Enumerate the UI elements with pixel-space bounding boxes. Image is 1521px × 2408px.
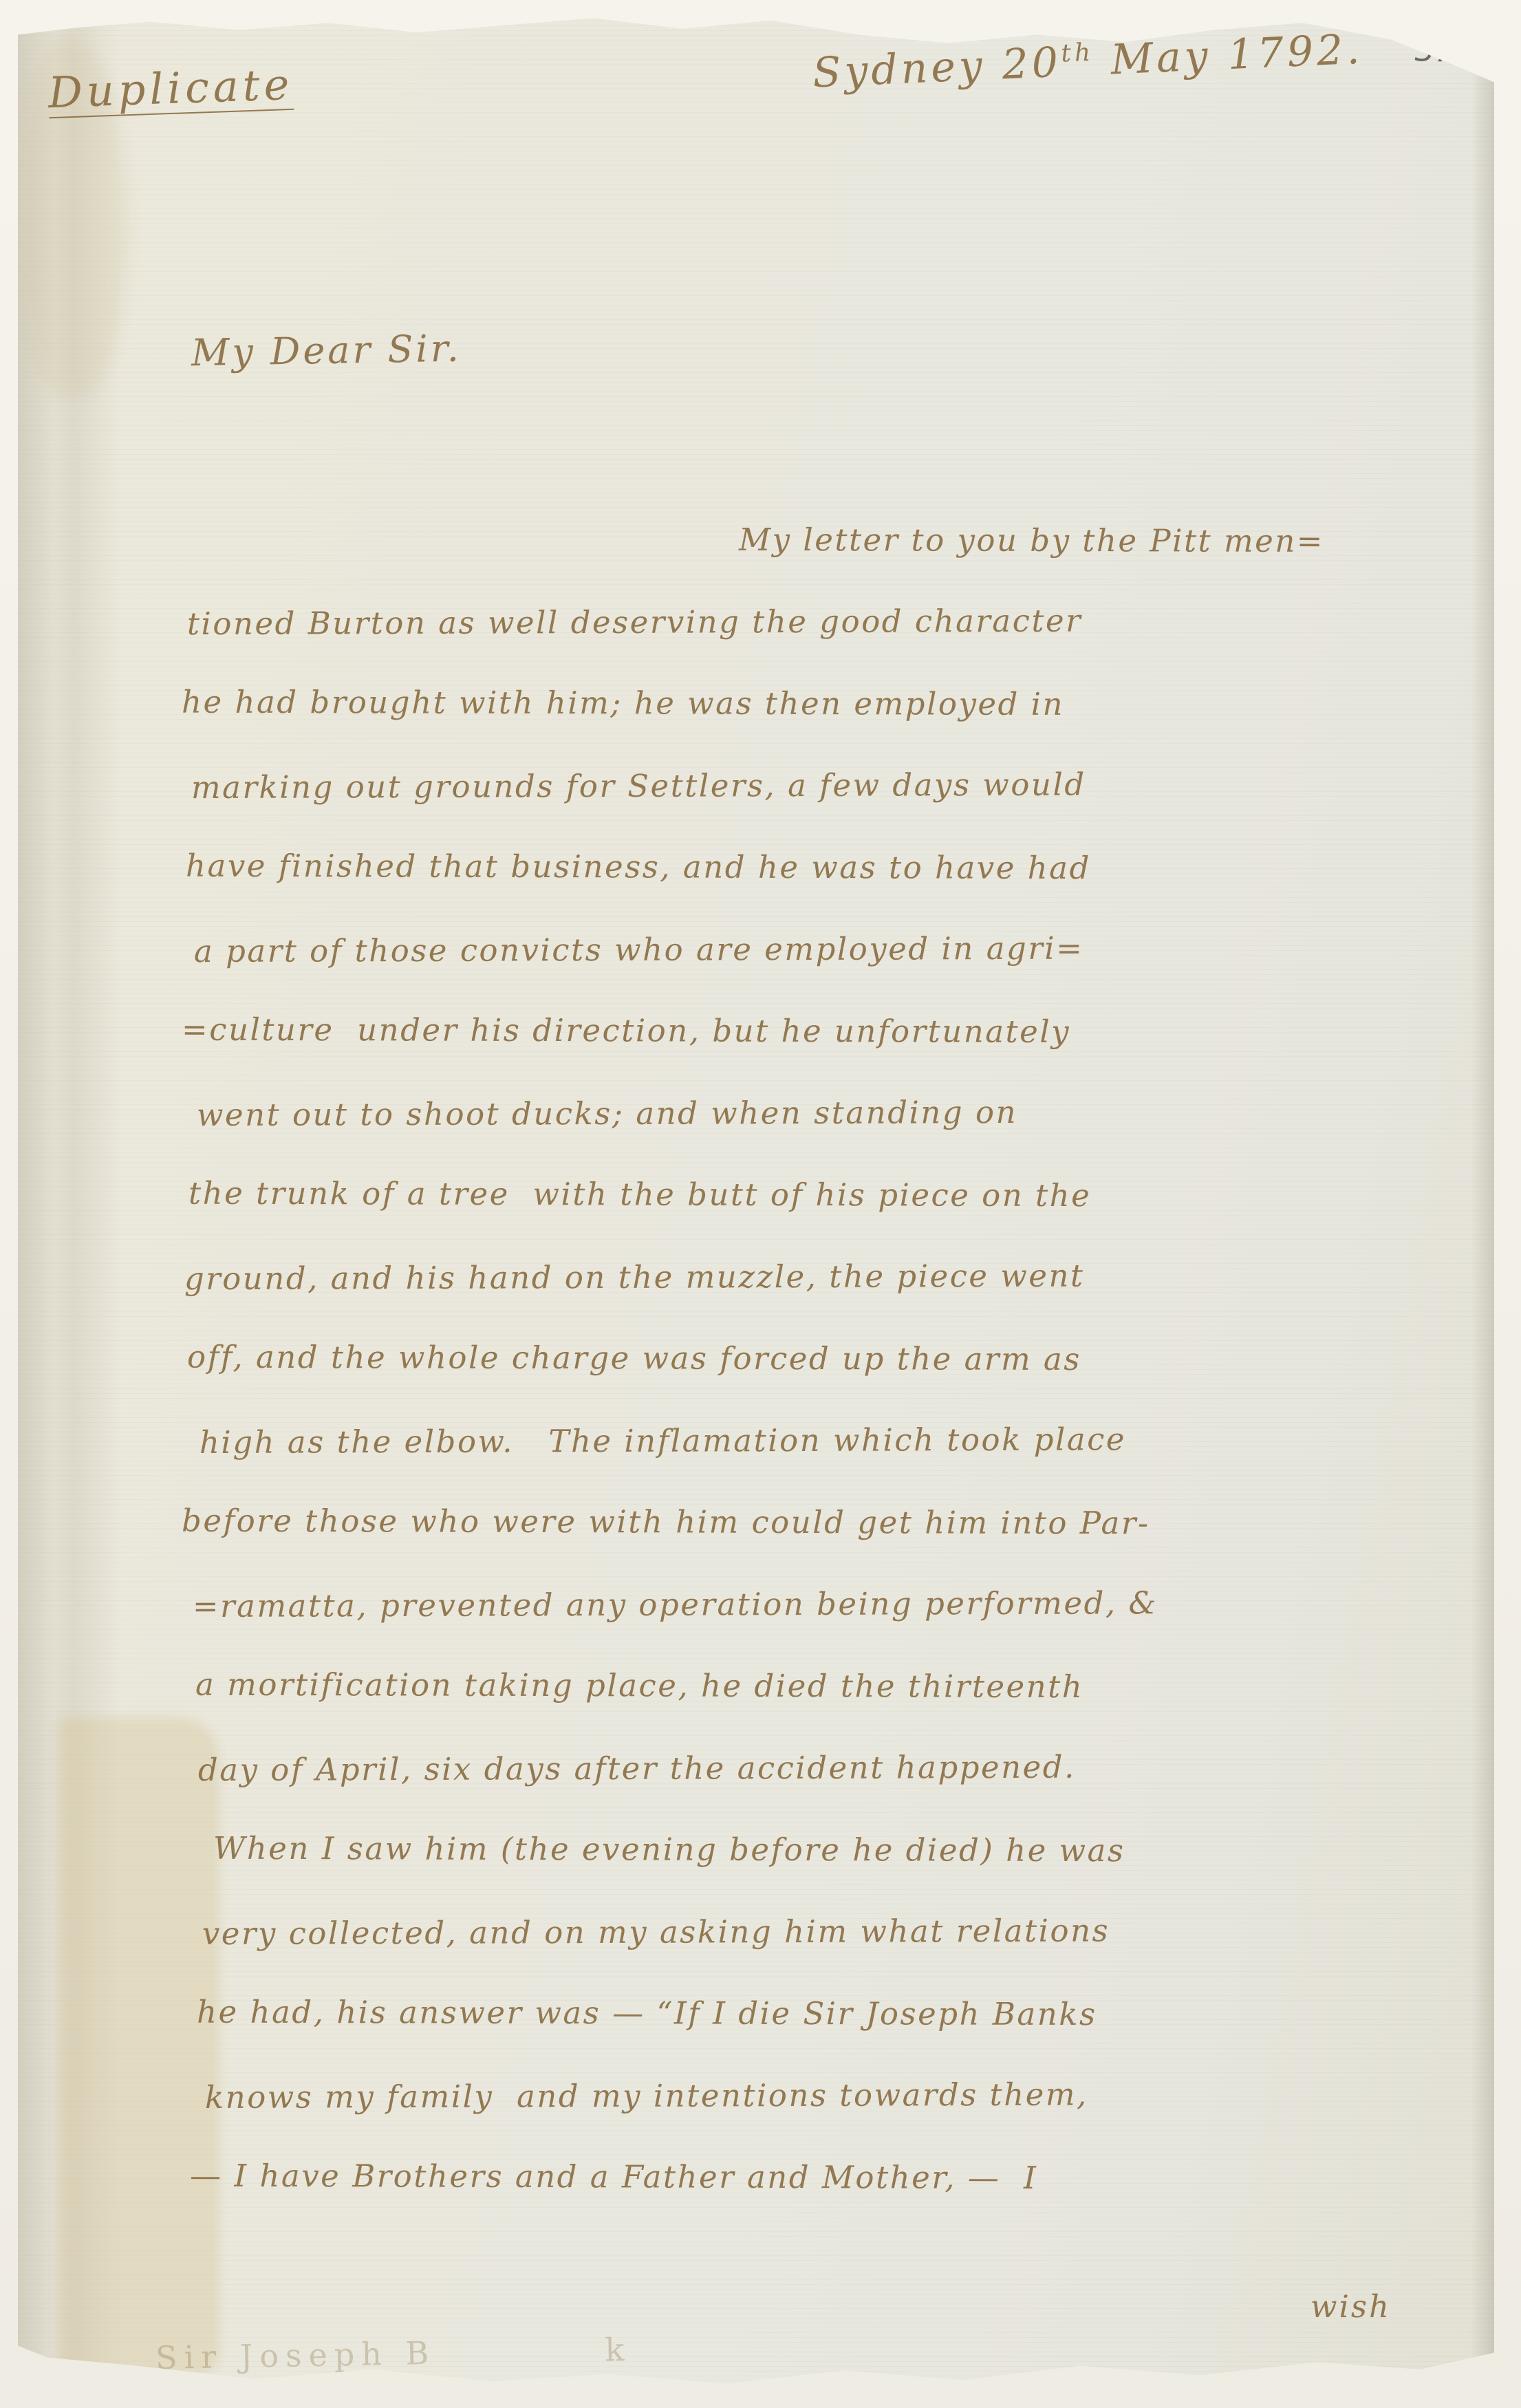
catchword: wish — [1310, 2288, 1391, 2325]
duplicate-annotation: Duplicate — [47, 59, 294, 118]
dateline-ordinal: th — [1061, 39, 1094, 68]
letter-line: a mortification taking place, he died th… — [182, 1666, 1420, 1752]
letter-line: knows my family and my intentions toward… — [182, 2075, 1420, 2161]
letter-line: off, and the whole charge was forced up … — [182, 1339, 1420, 1424]
letter-line: marking out grounds for Settlers, a few … — [182, 765, 1420, 851]
letter-line: =culture under his direction, but he unf… — [182, 1011, 1420, 1097]
letter-line: day of April, six days after the acciden… — [182, 1748, 1420, 1834]
letter-line: before those who were with him could get… — [182, 1503, 1420, 1588]
letter-line: have finished that business, and he was … — [182, 848, 1420, 933]
letter-line: he had brought with him; he was then emp… — [182, 684, 1420, 769]
letter-line: he had, his answer was — “If I die Sir J… — [182, 1994, 1420, 2079]
letter-line: the trunk of a tree with the butt of his… — [182, 1175, 1420, 1260]
paper-fold-crease — [18, 11, 121, 2386]
letter-line: high as the elbow. The inflamation which… — [182, 1420, 1420, 1506]
letter-line: went out to shoot ducks; and when standi… — [182, 1093, 1420, 1179]
letter-line: ground, and his hand on the muzzle, the … — [182, 1256, 1420, 1342]
letter-line: When I saw him (the evening before he di… — [182, 1830, 1420, 1915]
letter-line: tioned Burton as well deserving the good… — [182, 601, 1420, 687]
letter-body: My letter to you by the Pitt men= tioned… — [182, 522, 1420, 2241]
letter-line: =ramatta, prevented any operation being … — [182, 1584, 1420, 1670]
letter-line: — I have Brothers and a Father and Mothe… — [182, 2158, 1420, 2243]
address-docket-fragment: Sir Joseph B k — [155, 2331, 632, 2376]
dateline-place-day: Sydney 20 — [812, 39, 1063, 98]
salutation: My Dear Sir. — [191, 327, 462, 375]
letter-line: My letter to you by the Pitt men= — [182, 520, 1420, 605]
letter-line: very collected, and on my asking him wha… — [182, 1911, 1420, 1997]
paper-right-edge-shading — [1471, 11, 1494, 2386]
letter-line: a part of those convicts who are employe… — [182, 929, 1420, 1015]
letter-page: 37 Sydney 20th May 1792. Duplicate My De… — [18, 11, 1494, 2386]
